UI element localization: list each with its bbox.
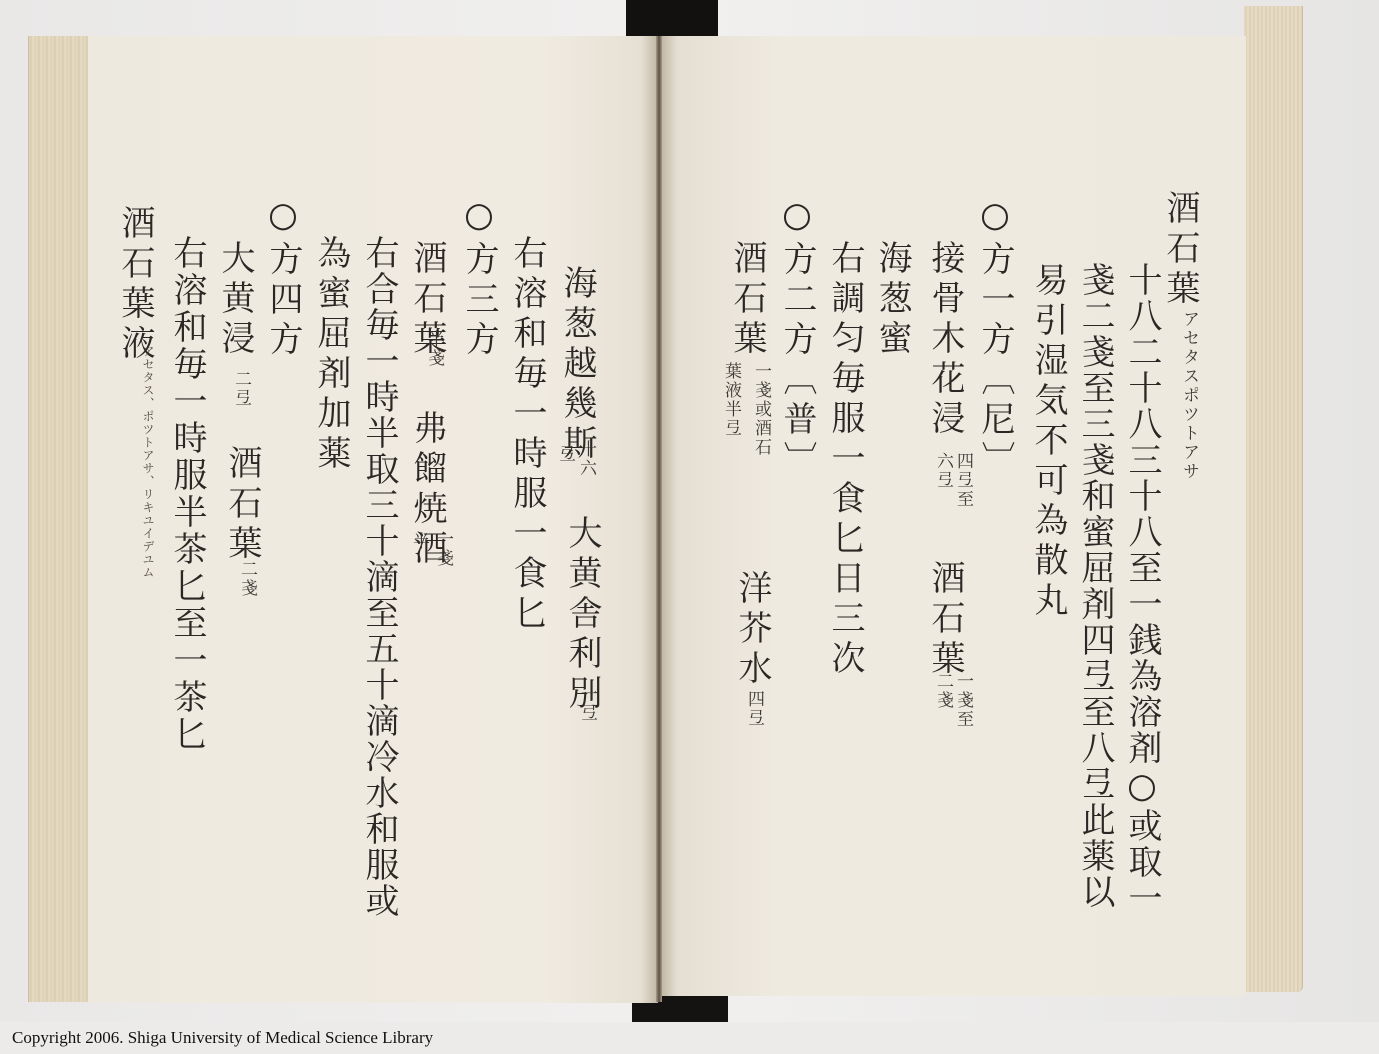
formula-4-title: ○方四方 — [266, 195, 300, 361]
formula-4-ingredient-1: 大黄浸 — [218, 240, 252, 360]
continued-ingredient-1-amount-b: 弖 — [556, 445, 573, 464]
formula-2-ingredient-2: 洋芥水 — [735, 570, 769, 690]
formula-1-instruction: 右調匀毎服一食匕日三次 — [828, 240, 862, 680]
formula-3-ingredient-2-amount-a: 一戔 — [434, 530, 451, 568]
formula-1-ingredient-2-amount-b: 二戔 — [934, 672, 951, 710]
paragraph-line-3: 易引湿気不可為散丸 — [1031, 262, 1065, 622]
formula-3-title: ○方三方 — [462, 195, 496, 361]
formula-4-instruction: 右溶和毎一時服半茶匕至一茶匕 — [170, 235, 204, 753]
formula-1-ingredient-1-amount-b: 六弖 — [934, 452, 951, 490]
continued-ingredient-2-amount: 一弖 — [578, 685, 595, 723]
paragraph-line-1: 十八二十八三十八至一銭為溶剤○或取一 — [1125, 262, 1159, 916]
formula-1-ingredient-1-amount-a: 四弖至 — [954, 452, 971, 509]
formula-4-ingredient-2-amount: 二戔 — [238, 560, 255, 598]
formula-3-instruction-line-1: 右合毎一時半取三十滴至五十滴冷水和服或 — [362, 235, 396, 919]
formula-3-ingredient-2-amount-b: 半 — [410, 532, 427, 551]
formula-1-ingredient-1: 接骨木花浸 — [928, 240, 962, 440]
next-section-heading: 酒石葉液 — [118, 205, 152, 365]
paragraph-line-2: 戔二戔至三戔和蜜屈剤四弖至八弖此薬以 — [1078, 262, 1112, 910]
copyright-notice: Copyright 2006. Shiga University of Medi… — [12, 1028, 433, 1048]
formula-1-ingredient-2: 酒石葉 — [928, 560, 962, 680]
formula-3-ingredient-1-amount: 半戔 — [425, 330, 442, 368]
section-heading: 酒石葉 — [1163, 190, 1197, 310]
formula-3-instruction-line-2: 為蜜屈剤加薬 — [314, 235, 348, 475]
formula-2-ingredient-1: 酒石葉 — [730, 240, 764, 360]
heading-reading: アセタスポツトアサ — [1180, 310, 1197, 481]
right-page-edges — [1244, 6, 1303, 992]
binding-band-top — [626, 0, 718, 36]
formula-4-ingredient-2: 酒石葉 — [225, 445, 259, 565]
formula-4-ingredient-1-amount: 二弖 — [232, 370, 249, 408]
continued-ingredient-1-amount-a: 十六 — [577, 440, 594, 478]
formula-2-title: ○方二方〔普〕 — [780, 195, 814, 481]
book-gutter — [656, 36, 662, 1002]
formula-2-ingredient-2-amount: 四弖 — [745, 690, 762, 728]
left-page-edges — [28, 36, 91, 1002]
formula-1-ingredient-3: 海葱蜜 — [875, 240, 909, 360]
continued-instruction: 右溶和毎一時服一食匕 — [510, 235, 544, 635]
formula-2-ingredient-1-amount-a: 一戔或酒石 — [752, 362, 769, 457]
next-section-heading-reading: アセタス、ポツトアサ、リキユイデユム — [142, 345, 154, 579]
continued-ingredient-1: 海葱越幾斯 — [560, 265, 594, 465]
formula-1-ingredient-2-amount-a: 一戔至 — [954, 672, 971, 729]
formula-2-ingredient-1-amount-b: 葉液半弖 — [722, 362, 739, 438]
formula-1-title: ○方一方〔尼〕 — [978, 195, 1012, 481]
